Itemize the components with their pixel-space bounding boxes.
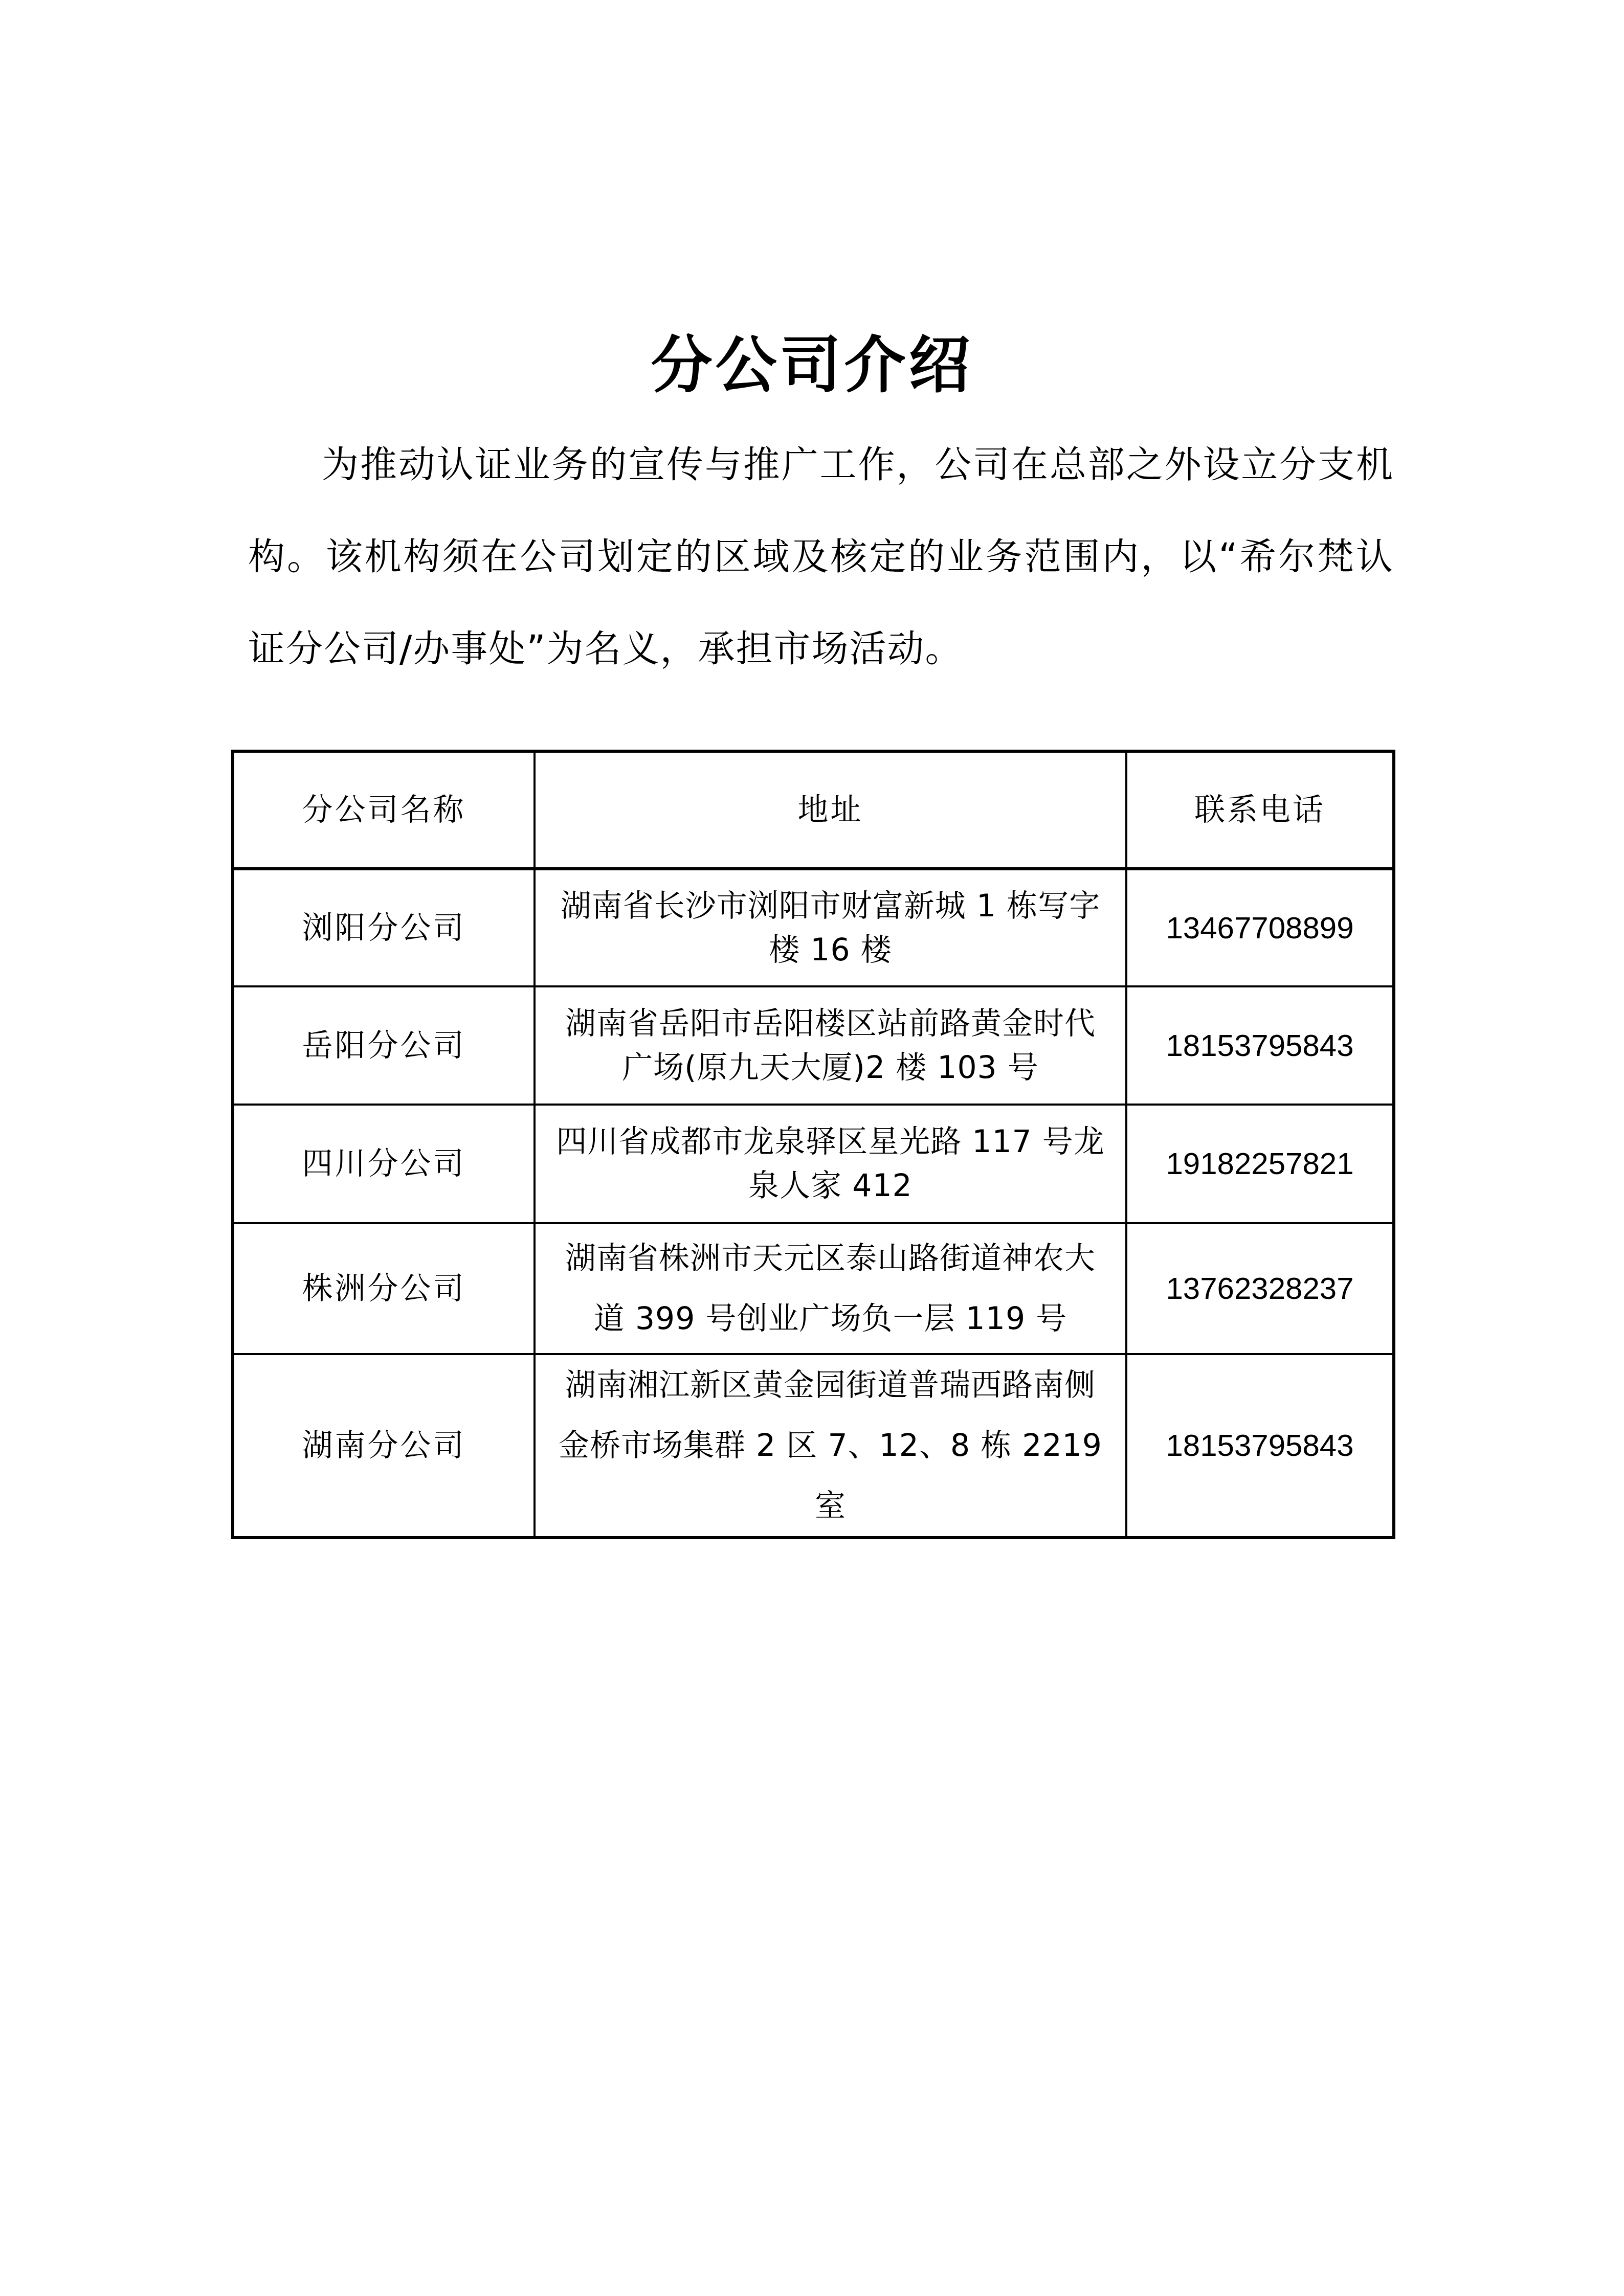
page-title: 分公司介绍 (0, 325, 1624, 407)
table-row: 岳阳分公司 湖南省岳阳市岳阳楼区站前路黄金时代广场(原九天大厦)2 楼 103 … (233, 986, 1394, 1105)
table-row: 株洲分公司 湖南省株洲市天元区泰山路街道神农大道 399 号创业广场负一层 11… (233, 1223, 1394, 1354)
branch-address: 湖南省长沙市浏阳市财富新城 1 栋写字楼 16 楼 (535, 869, 1126, 986)
branch-phone: 18153795843 (1126, 986, 1394, 1105)
branch-phone: 19182257821 (1126, 1105, 1394, 1223)
branch-address: 湖南省岳阳市岳阳楼区站前路黄金时代广场(原九天大厦)2 楼 103 号 (535, 986, 1126, 1105)
branch-name: 株洲分公司 (233, 1223, 535, 1354)
header-address: 地址 (535, 751, 1126, 869)
header-branch-name: 分公司名称 (233, 751, 535, 869)
branch-table: 分公司名称 地址 联系电话 浏阳分公司 湖南省长沙市浏阳市财富新城 1 栋写字楼… (231, 750, 1395, 1539)
branch-phone: 13467708899 (1126, 869, 1394, 986)
header-phone: 联系电话 (1126, 751, 1394, 869)
intro-paragraph: 为推动认证业务的宣传与推广工作，公司在总部之外设立分支机构。该机构须在公司划定的… (248, 418, 1394, 694)
table-row: 浏阳分公司 湖南省长沙市浏阳市财富新城 1 栋写字楼 16 楼 13467708… (233, 869, 1394, 986)
table-row: 湖南分公司 湖南湘江新区黄金园街道普瑞西路南侧金桥市场集群 2 区 7、12、8… (233, 1354, 1394, 1538)
branch-name: 四川分公司 (233, 1105, 535, 1223)
table-row: 四川分公司 四川省成都市龙泉驿区星光路 117 号龙泉人家 412 191822… (233, 1105, 1394, 1223)
branch-address: 四川省成都市龙泉驿区星光路 117 号龙泉人家 412 (535, 1105, 1126, 1223)
branch-phone: 13762328237 (1126, 1223, 1394, 1354)
branch-name: 岳阳分公司 (233, 986, 535, 1105)
branch-phone: 18153795843 (1126, 1354, 1394, 1538)
table-header-row: 分公司名称 地址 联系电话 (233, 751, 1394, 869)
branch-name: 湖南分公司 (233, 1354, 535, 1538)
branch-name: 浏阳分公司 (233, 869, 535, 986)
branch-address: 湖南省株洲市天元区泰山路街道神农大道 399 号创业广场负一层 119 号 (535, 1223, 1126, 1354)
branch-address: 湖南湘江新区黄金园街道普瑞西路南侧金桥市场集群 2 区 7、12、8 栋 221… (535, 1354, 1126, 1538)
